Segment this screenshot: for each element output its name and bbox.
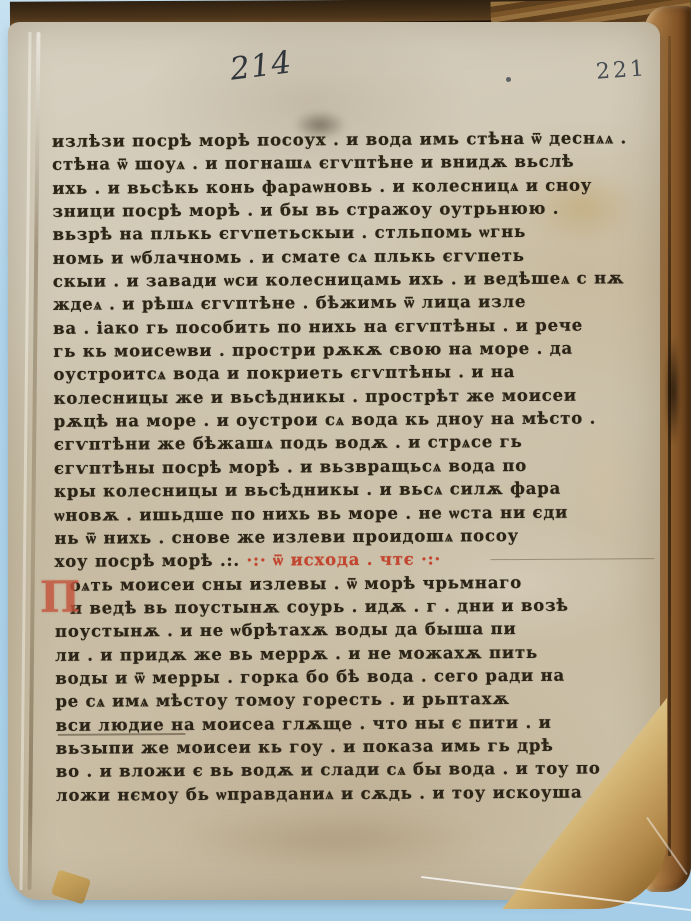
manuscript-photograph: 214 221 П излѣзи посрѣ морѣ посоух . и в… [0,0,691,921]
bottom-stain [178,812,478,868]
text-line: ихь . и вьсѣкь конь фараѡновь . и колесн… [52,173,654,200]
text-line: рѫцѣ на море . и оустрои сѧ вода кь дноу… [54,406,656,433]
manuscript-text: колесницы же и вьсѣдникы . прострѣт же м… [54,385,577,407]
text-line: ѡновѫ . ишьдше по нихь вь море . не ѡста… [54,500,656,527]
manuscript-text: ихь . и вьсѣкь конь фараѡновь . и колесн… [52,175,592,197]
page-edge-dark-stain [665,336,681,446]
rubric-text: ·:· ѿ исхода . чтє ·:· [246,550,441,570]
text-line: скыи . и завади ѡси колесницамь ихь . и … [53,266,655,293]
manuscript-text: вьзыпи же моисеи кь гоу . и показа имь г… [56,736,554,758]
folio-dot-mark [506,77,511,82]
manuscript-text: ре сѧ имѧ мѣстоу томоу горесть . и рьпта… [55,689,510,711]
manuscript-text: зници посрѣ морѣ . и бы вь стражоу оутрь… [52,199,559,221]
manuscript-text: оустроитсѧ вода и покриеть єгѵптѣны . и … [53,362,515,384]
manuscript-text: вьзрѣ на плькь єгѵпетьскыи . стльпомь ѡг… [53,222,527,244]
manuscript-text: номь и ѡблачномь . и смате сѧ плькь єгѵп… [53,246,525,268]
manuscript-text: рѫцѣ на море . и оустрои сѧ вода кь дноу… [54,409,597,431]
rubric-initial-drop-cap: П [40,574,72,624]
manuscript-text: ложи нємоу бь ѡправданиѧ и сѫдь . и тоу … [56,782,583,804]
manuscript-text: ва . іако гь пособить по нихь на єгѵптѣн… [53,315,583,337]
parchment-page: 214 221 П излѣзи посрѣ морѣ посоух . и в… [8,22,660,900]
corner-repair-patch [51,869,91,904]
text-block: П излѣзи посрѣ морѣ посоух . и вода имь … [52,126,658,807]
manuscript-text: ѡновѫ . ишьдше по нихь вь море . не ѡста… [54,502,568,524]
text-line: стѣна ѿ шоуѧ . и погнашѧ єгѵптѣне и внид… [52,150,654,177]
manuscript-text: излѣзи посрѣ морѣ посоух . и вода имь ст… [52,128,627,151]
manuscript-text: гь кь моисеѡви . простри рѫкѫ свою на мо… [53,339,573,361]
manuscript-text: нь ѿ нихь . снове же излеви проидошѧ пос… [54,526,519,548]
manuscript-text: стѣна ѿ шоуѧ . и погнашѧ єгѵптѣне и внид… [52,152,574,174]
folio-number-ink: 221 [595,56,648,84]
manuscript-text: ждеѧ . и рѣшѧ єгѵптѣне . бѣжимь ѿ лица и… [53,292,526,314]
folio-number-pencil: 214 [228,44,294,87]
manuscript-text: оѧть моисеи сны излевы . ѿ морѣ чрьмнаго [70,573,522,595]
manuscript-text: хоу посрѣ морѣ .:. [55,551,247,571]
manuscript-text: поустынѫ . и не ѡбрѣтахѫ воды да быша пи [55,619,517,641]
manuscript-text: єгѵптѣны посрѣ морѣ . и вьзвращьсѧ вода … [54,456,527,478]
manuscript-text: ли . и придѫ же вь меррѫ . и не можахѫ п… [55,642,538,664]
text-line: гь кь моисеѡви . простри рѫкѫ свою на мо… [53,336,655,363]
text-line: ложи нємоу бь ѡправданиѧ и сѫдь . и тоу … [56,780,658,807]
text-line: во . и вложи є вь водѫ и слади сѧ бы вод… [56,756,658,783]
manuscript-text: скыи . и завади ѡси колесницамь ихь . и … [53,268,625,290]
manuscript-text: воды и ѿ мерры . горка бо бѣ вода . сего… [55,666,565,688]
manuscript-text: єгѵптѣни же бѣжашѧ подь водѫ . и стрѧсе … [54,432,523,454]
page-edge-groove [668,36,671,856]
text-line: и ведѣ вь поустынѫ соурь . идѫ . г . дни… [55,593,657,620]
manuscript-text: и ведѣ вь поустынѫ соурь . идѫ . г . дни… [70,596,569,618]
manuscript-text: кры колесницы и вьсѣдникы . и вьсѧ силѫ … [54,479,561,501]
manuscript-text: вси людие на моисеа глѫще . что ны є пит… [56,712,552,734]
manuscript-text: во . и вложи є вь водѫ и слади сѧ бы вод… [56,759,601,781]
